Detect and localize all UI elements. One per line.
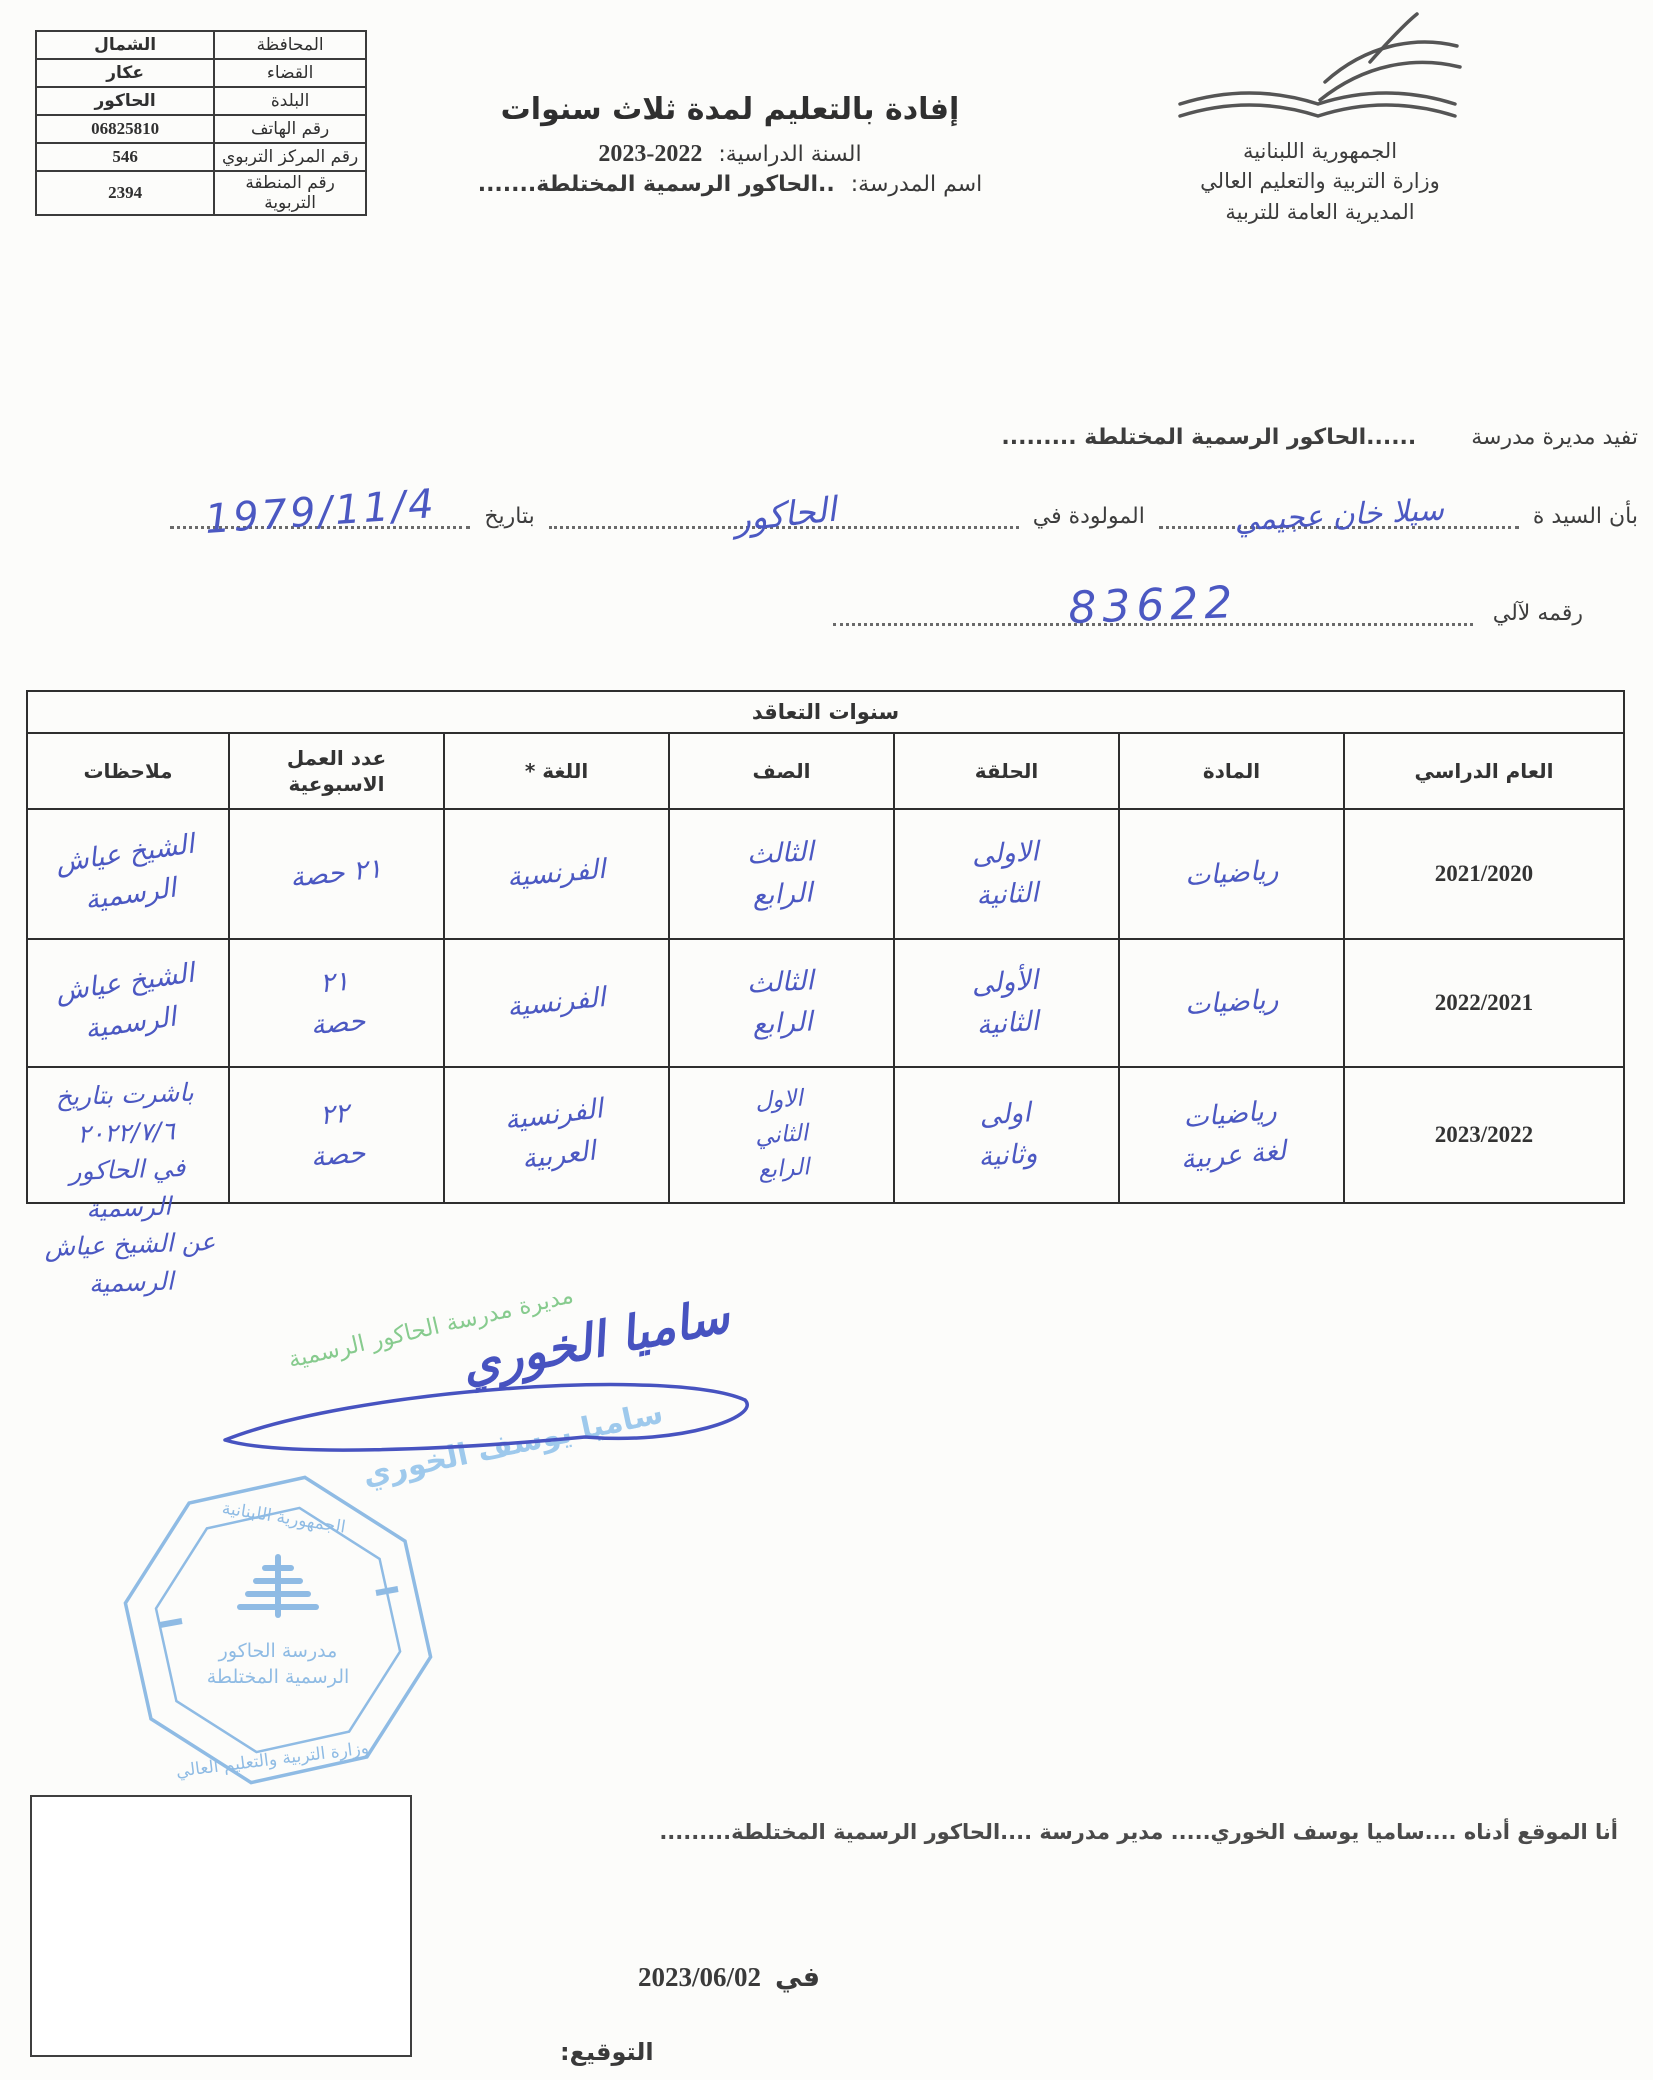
statement-line-3: رقمه لآلي 83622 xyxy=(833,570,1583,626)
teacher-name-field: سيلا خان عجيمي xyxy=(1159,490,1519,529)
table-row: رقم الهاتف 06825810 xyxy=(36,115,366,143)
cell-grade: الاول الثاني الرابع xyxy=(669,1067,894,1203)
school-name-label: اسم المدرسة: xyxy=(851,172,983,197)
page-title: إفادة بالتعليم لمدة ثلاث سنوات xyxy=(430,92,1030,127)
school-name-line: اسم المدرسة: ..الحاكور الرسمية المختلطة.… xyxy=(430,172,1030,197)
statement-line-2: بأن السيد ة سيلا خان عجيمي المولودة في ا… xyxy=(30,478,1638,529)
hours-handwritten: ٢٢ حصة xyxy=(306,1092,367,1177)
born-in-label: المولودة في xyxy=(1033,504,1145,529)
cell-notes: الشيخ عياش الرسمية xyxy=(27,939,229,1067)
cycle-handwritten: الاولى الثانية xyxy=(971,832,1042,916)
grade-handwritten: الثالث الرابع xyxy=(746,832,817,916)
info-value-district: عكار xyxy=(36,59,214,87)
info-value-zone-number: 2394 xyxy=(36,171,214,215)
contract-table-title: سنوات التعاقد xyxy=(27,691,1624,733)
language-handwritten: الفرنسية العربية xyxy=(503,1089,611,1181)
header-school-year: العام الدراسي xyxy=(1344,733,1624,809)
info-label-governorate: المحافظة xyxy=(214,31,366,59)
grade-handwritten: الاول الثاني الرابع xyxy=(751,1082,811,1189)
seal-center-line2: الرسمية المختلطة xyxy=(207,1666,350,1688)
cell-year: 2021/2020 xyxy=(1344,809,1624,939)
hours-handwritten: ٢١ حصة xyxy=(289,849,385,899)
notes-handwritten: الشيخ عياش الرسمية xyxy=(53,824,202,924)
hours-handwritten: ٢١ حصة xyxy=(306,960,367,1045)
serial-number-label: رقمه لآلي xyxy=(1493,601,1583,626)
cell-cycle: الأولى الثانية xyxy=(894,939,1119,1067)
cell-subject: رياضيات لغة عربية xyxy=(1119,1067,1344,1203)
serial-number-handwritten: 83622 xyxy=(1067,577,1239,636)
ministry-line: وزارة التربية والتعليم العالي xyxy=(1040,166,1600,196)
cell-language: الفرنسية xyxy=(444,809,669,939)
republic-line: الجمهورية اللبنانية xyxy=(1040,136,1600,166)
info-label-center-number: رقم المركز التربوي xyxy=(214,143,366,171)
cell-cycle: اولى وثانية xyxy=(894,1067,1119,1203)
birthdate-handwritten: 1979/11/4 xyxy=(204,480,439,544)
table-title-row: سنوات التعاقد xyxy=(27,691,1624,733)
cell-year: 2022/2021 xyxy=(1344,939,1624,1067)
info-value-town: الحاكور xyxy=(36,87,214,115)
cedar-tree-icon xyxy=(240,1557,316,1615)
cell-hours: ٢١ حصة xyxy=(229,939,444,1067)
seal-bottom-text: وزارة التربية والتعليم العالي xyxy=(175,1738,370,1781)
table-row: القضاء عكار xyxy=(36,59,366,87)
date-line: في 2023/06/02 xyxy=(440,1962,820,1993)
directorate-line: المديرية العامة للتربية xyxy=(1040,197,1600,227)
admin-info-table: المحافظة الشمال القضاء عكار البلدة الحاك… xyxy=(35,30,367,216)
info-label-phone: رقم الهاتف xyxy=(214,115,366,143)
table-row: المحافظة الشمال xyxy=(36,31,366,59)
statement-certifies-label: تفيد مديرة مدرسة xyxy=(1471,425,1638,450)
cycle-handwritten: الأولى الثانية xyxy=(970,960,1042,1045)
cell-language: الفرنسية العربية xyxy=(444,1067,669,1203)
birthplace-handwritten: الحاكور xyxy=(732,490,838,541)
octagon-seal-icon: الجمهورية اللبنانية مدرسة الحاكور الرسمي… xyxy=(88,1465,468,1815)
subject-handwritten: رياضيات xyxy=(1183,980,1279,1027)
cell-grade: الثالث الرابع xyxy=(669,939,894,1067)
statement-line-1: تفيد مديرة مدرسة ......الحاكور الرسمية ا… xyxy=(1001,425,1638,450)
info-value-governorate: الشمال xyxy=(36,31,214,59)
seal-top-text: الجمهورية اللبنانية xyxy=(221,1498,347,1537)
table-header-row: العام الدراسي المادة الحلقة الصف اللغة *… xyxy=(27,733,1624,809)
info-value-center-number: 546 xyxy=(36,143,214,171)
cell-grade: الثالث الرابع xyxy=(669,809,894,939)
notes-handwritten-overflowing: باشرت بتاريخ ٢٠٢٢/٧/٦ في الحاكور الرسمية… xyxy=(26,1073,230,1305)
cell-cycle: الاولى الثانية xyxy=(894,809,1119,939)
header-grade: الصف xyxy=(669,733,894,809)
header-weekly-hours: عدد العمل الاسبوعية xyxy=(229,733,444,809)
official-school-seal: الجمهورية اللبنانية مدرسة الحاكور الرسمي… xyxy=(88,1465,468,1815)
contract-years-grid: سنوات التعاقد العام الدراسي المادة الحلق… xyxy=(26,690,1625,1204)
cell-subject: رياضيات xyxy=(1119,809,1344,939)
table-row-2022-2023: 2023/2022 رياضيات لغة عربية اولى وثانية … xyxy=(27,1067,1624,1203)
cell-notes: باشرت بتاريخ ٢٠٢٢/٧/٦ في الحاكور الرسمية… xyxy=(27,1067,229,1203)
cell-year: 2023/2022 xyxy=(1344,1067,1624,1203)
statement-school-value: ......الحاكور الرسمية المختلطة ......... xyxy=(1001,425,1416,450)
school-name-value: ..الحاكور الرسمية المختلطة....... xyxy=(478,172,835,197)
empty-stamp-box xyxy=(30,1795,412,2057)
table-row: رقم المنطقة التربوية 2394 xyxy=(36,171,366,215)
teacher-name-handwritten: سيلا خان عجيمي xyxy=(1234,493,1445,540)
grade-handwritten: الثالث الرابع xyxy=(746,961,817,1045)
cell-notes: الشيخ عياش الرسمية xyxy=(27,809,229,939)
ministry-header: الجمهورية اللبنانية وزارة التربية والتعل… xyxy=(1040,12,1600,227)
cell-language: الفرنسية xyxy=(444,939,669,1067)
header-cycle: الحلقة xyxy=(894,733,1119,809)
scanned-certificate-page: المحافظة الشمال القضاء عكار البلدة الحاك… xyxy=(0,0,1653,2080)
info-label-zone-number: رقم المنطقة التربوية xyxy=(214,171,366,215)
table-row: البلدة الحاكور xyxy=(36,87,366,115)
on-date-label: بتاريخ xyxy=(484,504,534,529)
school-year-line: السنة الدراسية: 2023-2022 xyxy=(430,141,1030,168)
header-subject: المادة xyxy=(1119,733,1344,809)
school-year-value: 2023-2022 xyxy=(598,141,702,168)
ministry-book-logo-icon xyxy=(1155,12,1485,132)
cell-hours: ٢١ حصة xyxy=(229,809,444,939)
notes-handwritten: الشيخ عياش الرسمية xyxy=(53,953,202,1053)
header-language: اللغة * xyxy=(444,733,669,809)
header-notes: ملاحظات xyxy=(27,733,229,809)
subject-handwritten: رياضيات xyxy=(1183,851,1279,898)
admin-info-table-grid: المحافظة الشمال القضاء عكار البلدة الحاك… xyxy=(35,30,367,216)
declaration-line: أنا الموقع أدناه ....ساميا يوسف الخوري..… xyxy=(430,1820,1618,1844)
school-year-label: السنة الدراسية: xyxy=(718,142,861,167)
language-handwritten: الفرنسية xyxy=(505,978,607,1029)
seal-center-line1: مدرسة الحاكور xyxy=(218,1640,338,1662)
contract-years-table: سنوات التعاقد العام الدراسي المادة الحلق… xyxy=(28,690,1625,1204)
birthplace-field: الحاكور xyxy=(549,485,1019,529)
subject-handwritten: رياضيات لغة عربية xyxy=(1175,1090,1287,1180)
info-value-phone: 06825810 xyxy=(36,115,214,143)
birthdate-field: 1979/11/4 xyxy=(170,478,470,529)
title-block: إفادة بالتعليم لمدة ثلاث سنوات السنة الد… xyxy=(430,92,1030,197)
info-label-district: القضاء xyxy=(214,59,366,87)
serial-number-field: 83622 xyxy=(833,570,1473,626)
date-value: 2023/06/02 xyxy=(638,1962,761,1993)
info-label-town: البلدة xyxy=(214,87,366,115)
language-handwritten: الفرنسية xyxy=(506,850,608,899)
table-row-2021-2022: 2022/2021 رياضيات الأولى الثانية الثالث … xyxy=(27,939,1624,1067)
table-row: رقم المركز التربوي 546 xyxy=(36,143,366,171)
date-label: في xyxy=(775,1962,820,1993)
cell-hours: ٢٢ حصة xyxy=(229,1067,444,1203)
cycle-handwritten: اولى وثانية xyxy=(974,1093,1038,1178)
table-row-2020-2021: 2021/2020 رياضيات الاولى الثانية الثالث … xyxy=(27,809,1624,939)
cell-subject: رياضيات xyxy=(1119,939,1344,1067)
statement-that-mrs-label: بأن السيد ة xyxy=(1533,504,1638,529)
signature-label: التوقيع: xyxy=(560,2038,654,2066)
